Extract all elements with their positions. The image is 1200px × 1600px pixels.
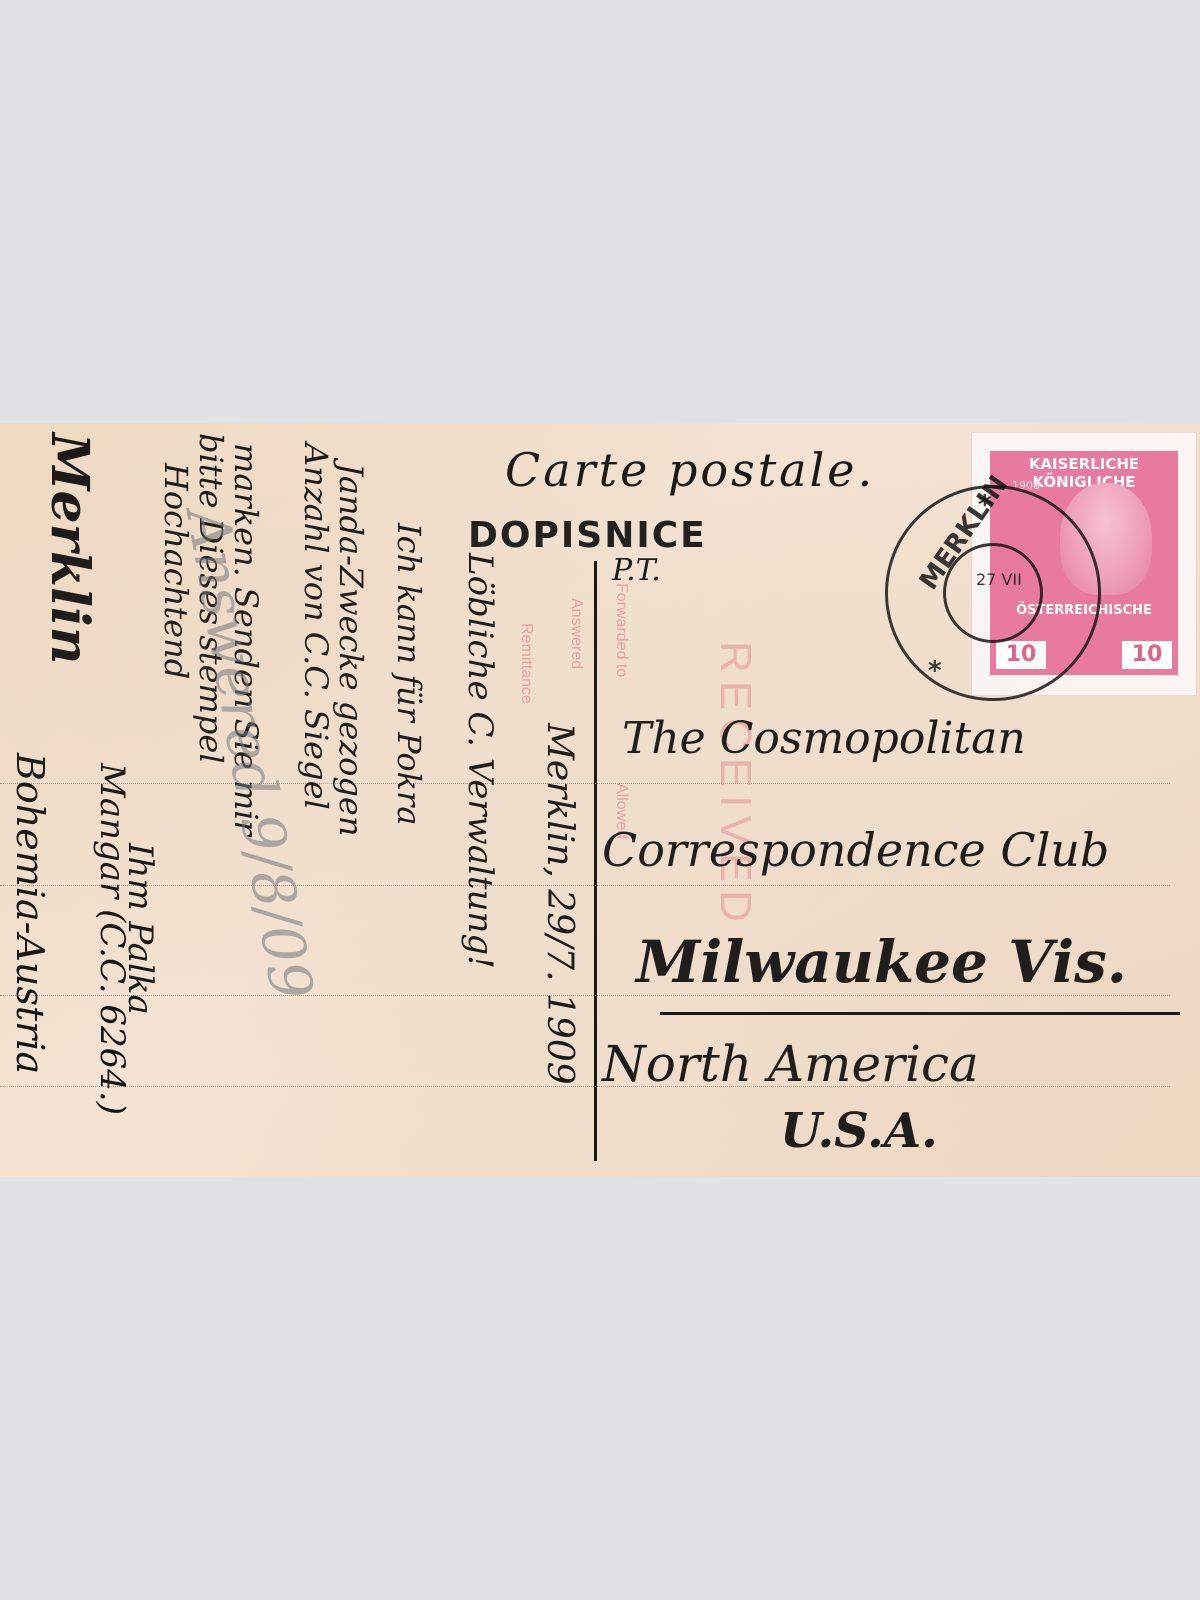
address-line-1: The Cosmopolitan [622,713,1026,764]
header-script-title: Carte postale. [505,443,875,497]
salutation: P.T. [612,553,661,588]
postcard: Carte postale. DOPISNICE RECEIVED Answer… [0,423,1200,1177]
message-line: Merklin, 29/7. 1909 [539,723,580,1085]
message-line: Janda-Zwecke gezogen [332,463,370,836]
message-line: Anzahl von C.C. Siegel [297,443,335,810]
dotted-rule [0,885,1170,886]
dotted-rule [0,1086,1170,1087]
postmark-cancellation: 27 VII MERKLIN * * [885,485,1101,701]
message-line: Ich kann für Pokra [390,523,428,825]
remittance-label: Remittance [517,623,535,704]
address-line-3: Milwaukee Vis. [636,928,1127,996]
header-print-title: DOPISNICE [468,515,707,556]
address-line-2: Correspondence Club [602,823,1109,877]
divider-line [594,561,597,1161]
forwarded-label: Forwarded to [612,583,630,677]
dotted-rule [0,783,1170,784]
address-underline [660,1012,1180,1015]
address-line-5: U.S.A. [780,1103,938,1159]
message-line: Löbliche C. Verwaltung! [460,553,500,969]
message-line: Ihm Palka [120,843,160,1015]
answered-label: Answered [567,598,585,669]
received-stamp: RECEIVED [710,641,760,930]
stamp-value-right: 10 [1122,641,1172,669]
postmark-star-icon: * [928,656,942,686]
message-line: Merklin [39,433,100,664]
address-line-4: North America [602,1035,979,1093]
message-line: Bohemia-Austria [8,753,52,1074]
postmark-date: 27 VII [976,570,1022,589]
postmark-star-icon: * [978,490,992,520]
